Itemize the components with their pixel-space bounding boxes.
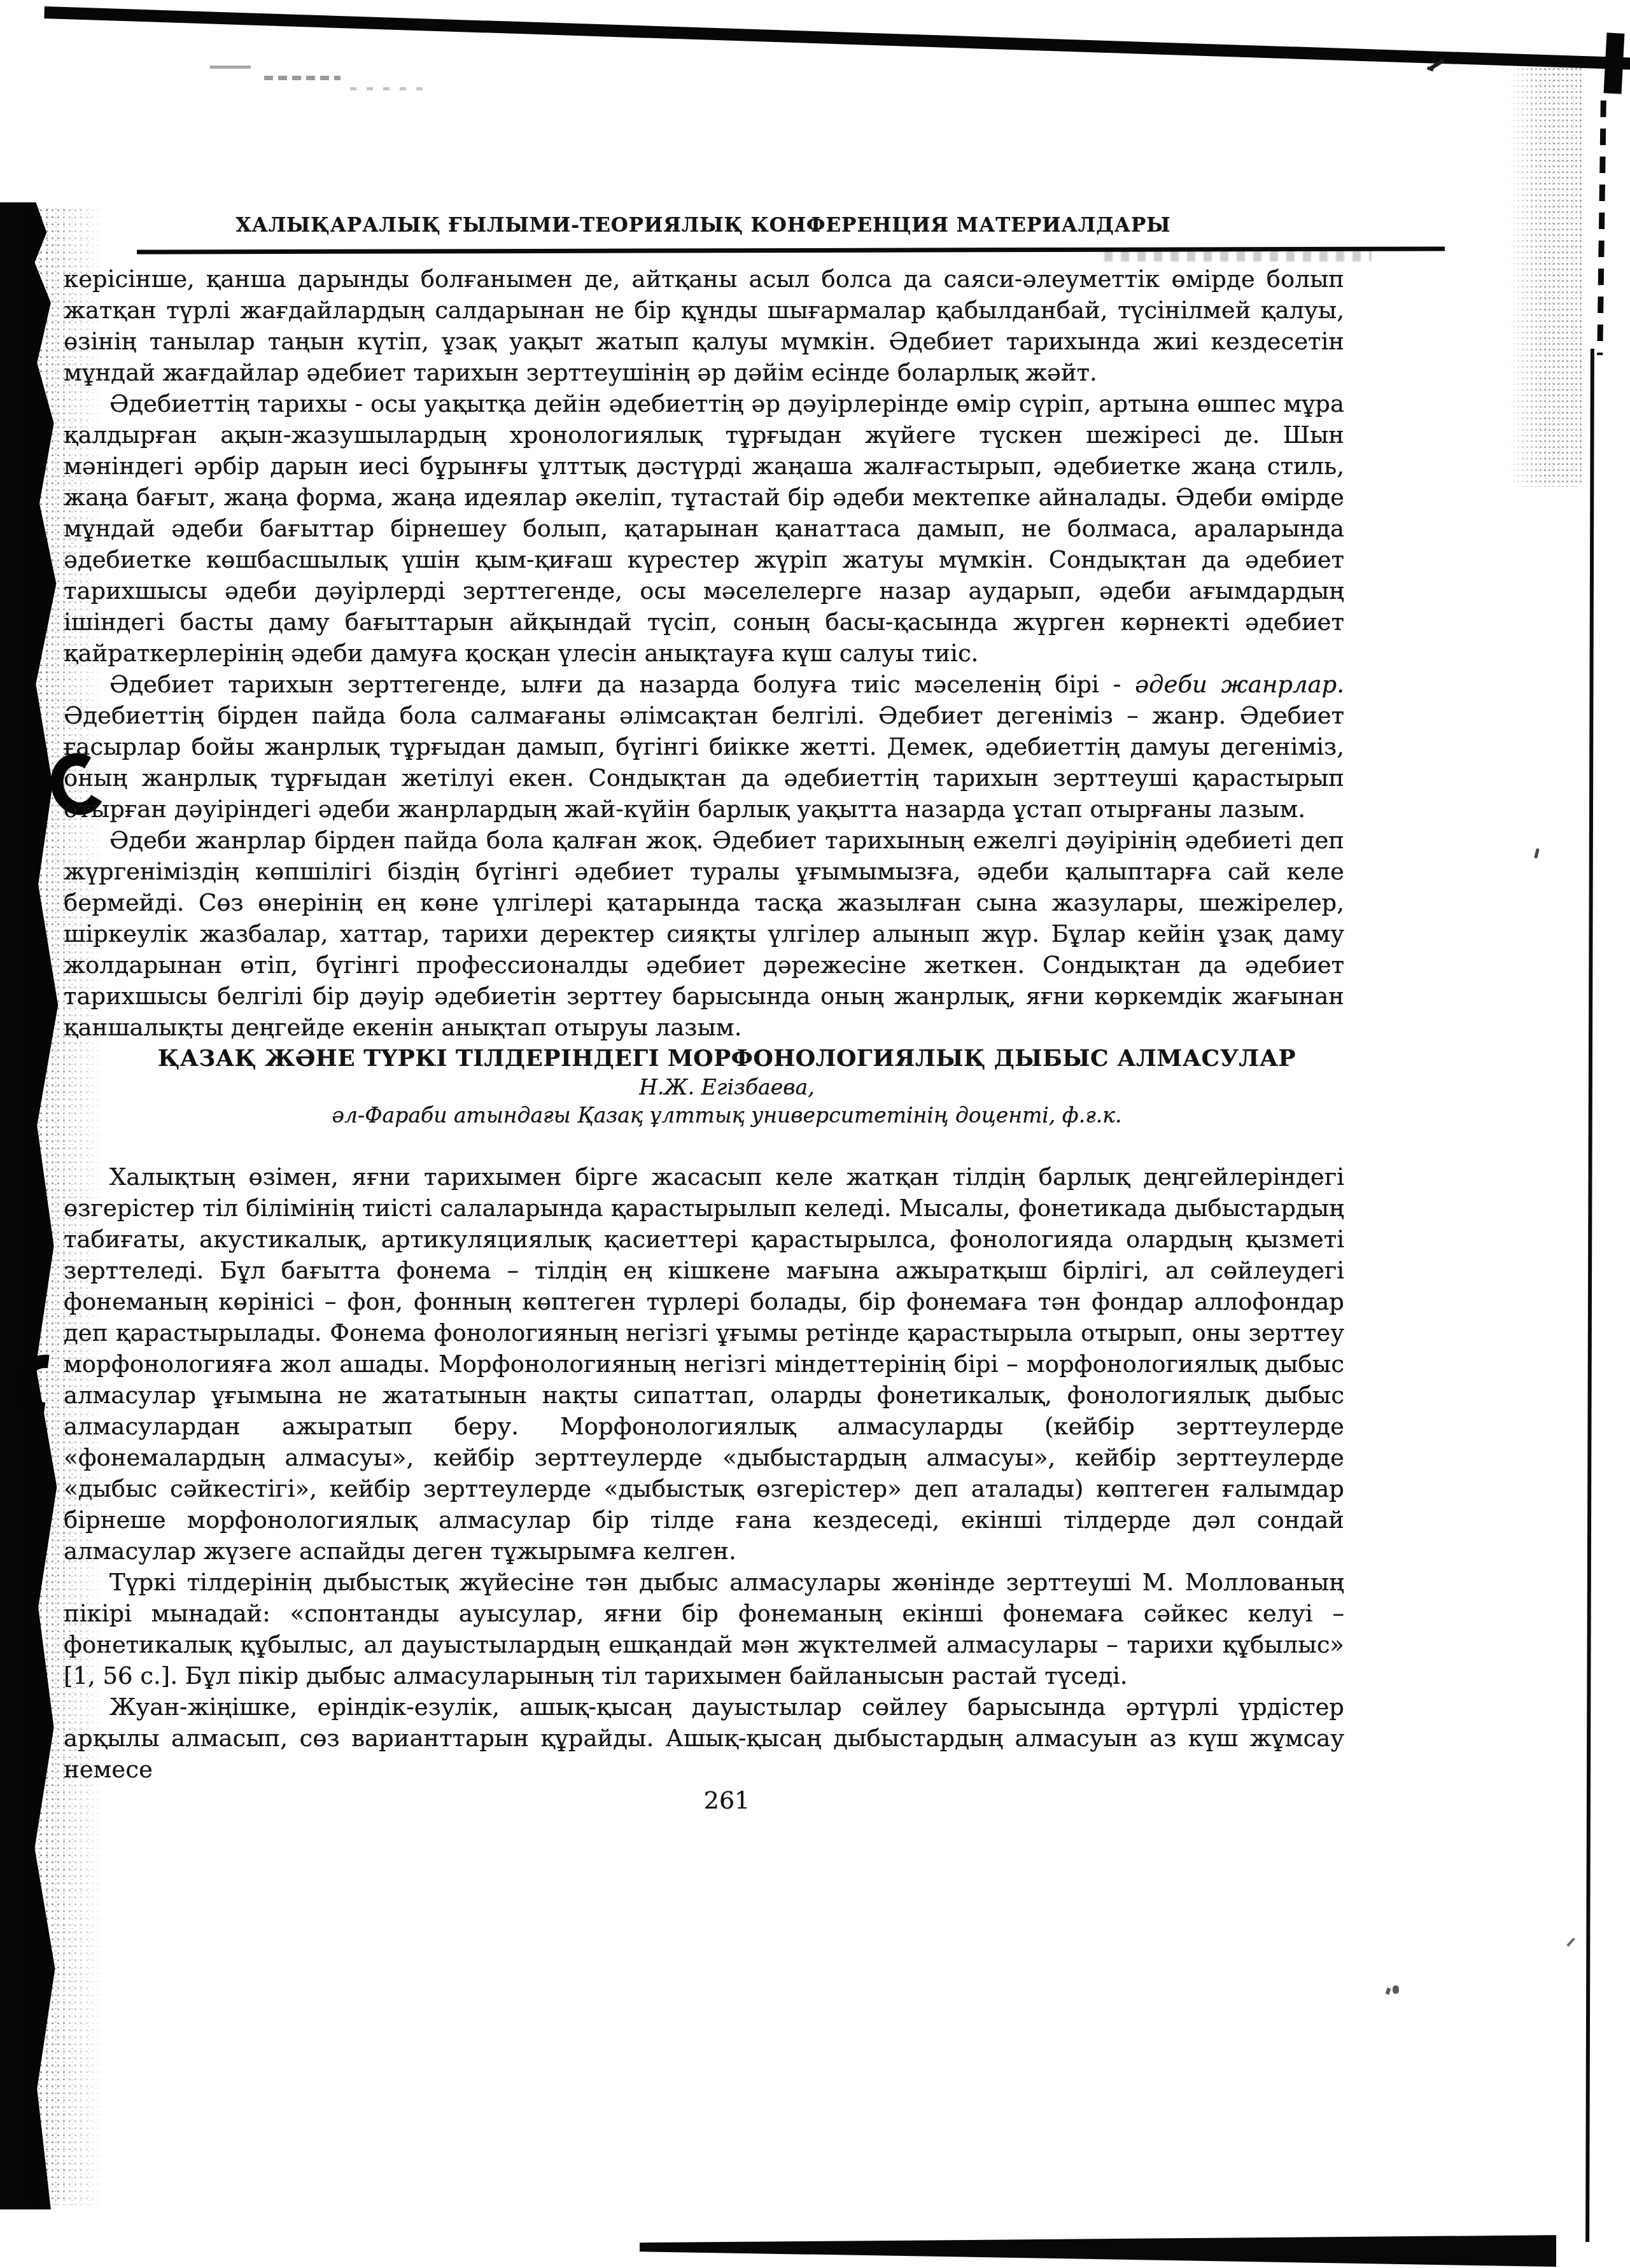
scan-artifact-right-speckle	[1507, 60, 1584, 487]
article-paragraph: Түркі тілдерінің дыбыстық жүйесіне тән д…	[64, 1567, 1344, 1691]
scanned-page: ХАЛЫҚАРАЛЫҚ ҒЫЛЫМИ-ТЕОРИЯЛЫҚ КОНФЕРЕНЦИЯ…	[0, 0, 1630, 2268]
scan-artifact-right-corner	[1604, 32, 1625, 94]
emphasized-term: әдеби жанрлар.	[1135, 671, 1344, 698]
article-author: Н.Ж. Егізбаева,	[64, 1074, 1344, 1102]
scan-artifact-top-dash	[350, 87, 426, 90]
paragraph-text: Әдебиет тарихын зерттегенде, ылғи да наз…	[109, 671, 1135, 698]
scan-artifact-ghost-text	[1104, 251, 1372, 262]
page-body: керісінше, қанша дарынды болғанымен де, …	[64, 263, 1344, 1816]
continued-paragraph: Әдеби жанрлар бірден пайда бола қалған ж…	[64, 825, 1344, 1043]
article-paragraph: Халықтың өзімен, яғни тарихымен бірге жа…	[64, 1161, 1344, 1567]
scan-artifact-smudge	[1386, 1985, 1400, 1996]
scan-artifact-right-edge-line	[1585, 349, 1594, 2242]
scan-artifact-right-dashes	[1597, 101, 1606, 355]
page-number: 261	[64, 1785, 1344, 1816]
article-title: ҚАЗАҚ ЖӘНЕ ТҮРКІ ТІЛДЕРІНДЕГІ МОРФОНОЛОГ…	[64, 1043, 1344, 1074]
continued-paragraph: Әдебиеттің тарихы - осы уақытқа дейін әд…	[64, 388, 1344, 669]
article-paragraph: Жуан-жіңішке, еріндік-езулік, ашық-қысаң…	[64, 1691, 1344, 1785]
paragraph-text: Әдебиеттің бірден пайда бола салмағаны ә…	[64, 702, 1344, 823]
scan-artifact-top-dash	[210, 66, 251, 69]
article-affiliation: әл-Фараби атындағы Қазақ ұлттық универси…	[64, 1102, 1344, 1130]
running-head: ХАЛЫҚАРАЛЫҚ ҒЫЛЫМИ-ТЕОРИЯЛЫҚ КОНФЕРЕНЦИЯ…	[64, 214, 1343, 237]
scan-artifact-top-edge	[44, 6, 1630, 74]
continued-paragraph: керісінше, қанша дарынды болғанымен де, …	[64, 263, 1344, 388]
scan-artifact-speck	[1566, 1938, 1575, 1947]
scan-artifact-bottom-wedge	[640, 2232, 1556, 2267]
scan-artifact-speck	[1534, 848, 1540, 859]
continued-paragraph: Әдебиет тарихын зерттегенде, ылғи да наз…	[64, 669, 1344, 825]
scan-artifact-top-dash	[264, 76, 341, 80]
